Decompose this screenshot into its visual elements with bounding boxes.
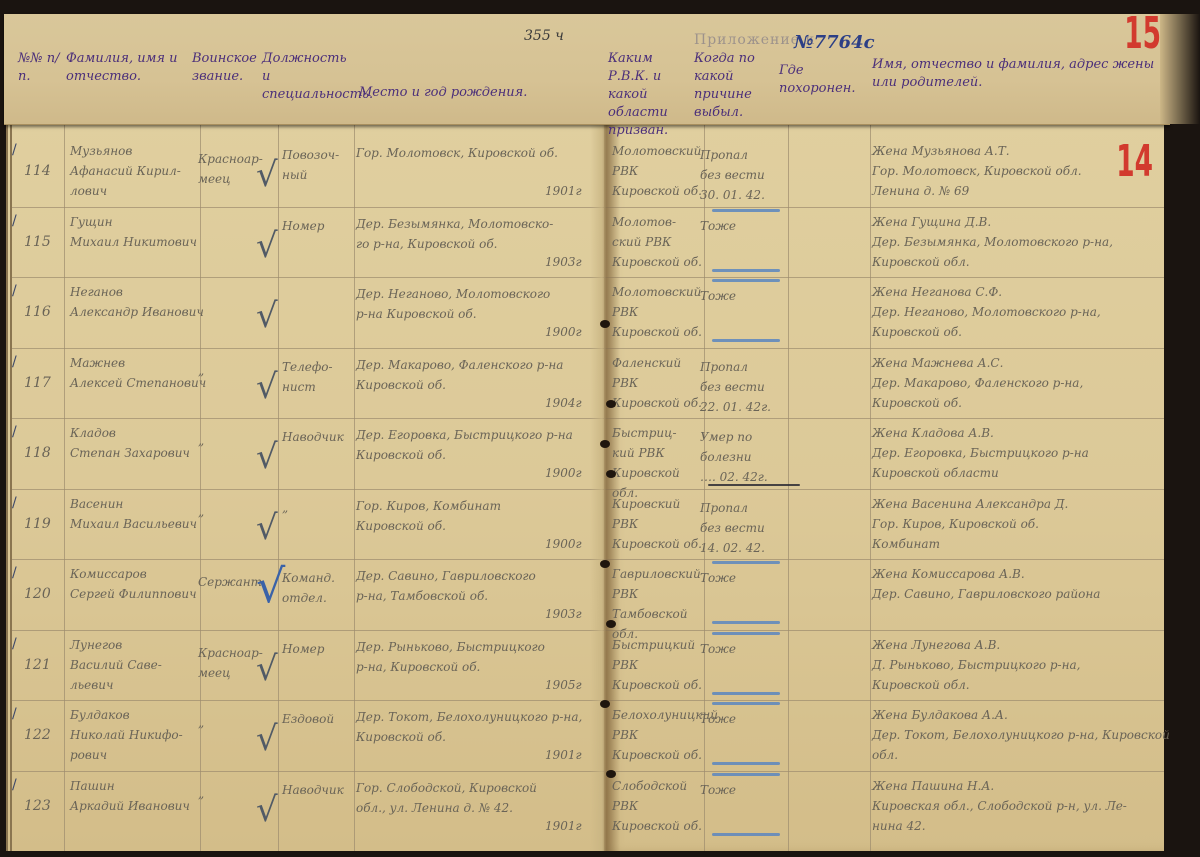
- row-divider: [12, 559, 604, 560]
- drafted-by: Слободской: [612, 775, 687, 797]
- checkmark-icon: √: [256, 370, 278, 404]
- row-number: 116: [24, 301, 51, 323]
- check-slash: /: [12, 142, 17, 158]
- position: Ездовой: [282, 708, 334, 730]
- birth-year: 1900г: [545, 537, 582, 551]
- check-slash: /: [12, 213, 17, 229]
- relatives: Жена Лунегова А.В.: [872, 634, 1000, 656]
- relatives: Кировской области: [872, 462, 999, 484]
- birth-year: 1904г: [545, 396, 582, 410]
- checkmark-icon: √: [256, 722, 278, 756]
- relatives: Дер. Безымянка, Молотовского р-на,: [872, 231, 1113, 253]
- blue-pencil-dash: [712, 833, 780, 836]
- relatives: Дер. Егоровка, Быстрицкого р-на: [872, 442, 1089, 464]
- when-cause: без вести: [700, 376, 765, 398]
- check-slash: /: [12, 283, 17, 299]
- soldier-name: Гущин: [70, 211, 113, 233]
- soldier-name: Аркадий Иванович: [70, 795, 190, 817]
- when-cause: Тоже: [700, 708, 736, 730]
- birthplace: обл., ул. Ленина д. № 42.: [356, 797, 513, 819]
- header-name: Фамилия, имя и отчество.: [66, 50, 196, 86]
- birthplace: Дер. Макарово, Фаленского р-на: [356, 354, 563, 376]
- header-position: Должность и специальность.: [262, 50, 352, 104]
- soldier-name: Мажнев: [70, 352, 125, 374]
- drafted-by: Молотов-: [612, 211, 676, 233]
- position: нист: [282, 376, 316, 398]
- birthplace: Кировской об.: [356, 515, 446, 537]
- checkmark-icon: √: [256, 158, 278, 192]
- soldier-name: лович: [70, 180, 107, 202]
- row-divider: [604, 771, 1164, 772]
- soldier-name: Кладов: [70, 422, 116, 444]
- relatives: Кировской обл.: [872, 251, 970, 273]
- when-cause: 22. 01. 42г.: [700, 396, 771, 418]
- birth-year: 1901г: [545, 819, 582, 833]
- sheet-number-page: 14: [1116, 136, 1153, 187]
- soldier-name: льевич: [70, 674, 113, 696]
- position: Команд.: [282, 567, 335, 589]
- military-rank: Красноар-: [198, 642, 263, 664]
- when-cause: Пропал: [700, 144, 748, 166]
- row-divider: [12, 700, 604, 701]
- position: Повозоч-: [282, 144, 339, 166]
- birthplace: Кировской об.: [356, 444, 446, 466]
- check-slash: /: [12, 424, 17, 440]
- relatives: Жена Пашина Н.А.: [872, 775, 994, 797]
- when-cause: без вести: [700, 517, 765, 539]
- soldier-name: Николай Никифо-: [70, 724, 183, 746]
- birth-year: 1900г: [545, 325, 582, 339]
- checkmark-icon: √: [256, 229, 278, 263]
- when-cause: болезни: [700, 446, 751, 468]
- blue-pencil-dash: [712, 209, 780, 212]
- binding-hole: [606, 470, 616, 478]
- birthplace: Дер. Савино, Гавриловского: [356, 565, 536, 587]
- drafted-by: РВК: [612, 301, 638, 323]
- row-divider: [604, 207, 1164, 208]
- blue-pencil-dash: [712, 692, 780, 695]
- birthplace: Гор. Киров, Комбинат: [356, 495, 501, 517]
- binding-hole: [600, 560, 610, 568]
- when-cause: Тоже: [700, 285, 736, 307]
- row-number: 118: [24, 442, 51, 464]
- soldier-name: Комиссаров: [70, 563, 147, 585]
- birthplace: Дер. Егоровка, Быстрицкого р-на: [356, 424, 573, 446]
- military-rank: „: [198, 430, 204, 452]
- drafted-by: Кировской об.: [612, 321, 702, 343]
- military-rank: меец: [198, 662, 231, 684]
- position: Номер: [282, 638, 324, 660]
- blue-pencil-dash: [712, 279, 780, 282]
- relatives: Кировской об.: [872, 321, 962, 343]
- blue-pencil-dash: [712, 762, 780, 765]
- relatives: Гор. Молотовск, Кировской обл.: [872, 160, 1082, 182]
- row-number: 123: [24, 795, 51, 817]
- birthplace: Кировской об.: [356, 726, 446, 748]
- header-drafted-by: Каким Р.В.К. и какой области призван.: [608, 50, 694, 140]
- blue-pencil-dash: [712, 339, 780, 342]
- row-divider: [12, 348, 604, 349]
- drafted-by: Фаленский: [612, 352, 681, 374]
- when-cause: 14. 02. 42.: [700, 537, 765, 559]
- drafted-by: Кировский: [612, 493, 680, 515]
- birth-year: 1903г: [545, 607, 582, 621]
- row-divider: [12, 771, 604, 772]
- binding-hole: [600, 700, 610, 708]
- soldier-name: Лунегов: [70, 634, 122, 656]
- blue-pencil-dash: [712, 269, 780, 272]
- relatives: Жена Мажнева А.С.: [872, 352, 1003, 374]
- relatives: Дер. Токот, Белохолуницкого р-на, Кировс…: [872, 724, 1170, 746]
- blue-pencil-dash: [712, 561, 780, 564]
- when-cause: без вести: [700, 164, 765, 186]
- check-slash: /: [12, 354, 17, 370]
- header-num: №№ п/п.: [18, 50, 68, 86]
- when-cause: 30. 01. 42.: [700, 184, 765, 206]
- soldier-name: Пашин: [70, 775, 115, 797]
- blue-pencil-dash: [712, 621, 780, 624]
- relatives: Кировской обл.: [872, 674, 970, 696]
- checkmark-icon: √: [256, 440, 278, 474]
- birthplace: Дер. Неганово, Молотовского: [356, 283, 550, 305]
- drafted-by: Кировской об.: [612, 744, 702, 766]
- soldier-name: Василий Саве-: [70, 654, 162, 676]
- drafted-by: кий РВК: [612, 442, 665, 464]
- header-buried: Где похоронен.: [779, 62, 849, 98]
- row-number: 115: [24, 231, 51, 253]
- military-rank: Сержант: [198, 571, 262, 593]
- position: ный: [282, 164, 307, 186]
- relatives: нина 42.: [872, 815, 926, 837]
- soldier-name: рович: [70, 744, 107, 766]
- birthplace: Гор. Слободской, Кировской: [356, 777, 537, 799]
- soldier-name: Михаил Никитович: [70, 231, 197, 253]
- relatives: Жена Васенина Александра Д.: [872, 493, 1068, 515]
- row-divider: [12, 277, 604, 278]
- row-divider: [12, 207, 604, 208]
- row-number: 117: [24, 372, 51, 394]
- drafted-by: Кировской об.: [612, 533, 702, 555]
- relatives: Жена Кладова А.В.: [872, 422, 994, 444]
- sheet-number-top: 15: [1124, 8, 1161, 59]
- when-cause: Пропал: [700, 497, 748, 519]
- binding-hole: [600, 440, 610, 448]
- relatives: Дер. Макарово, Фаленского р-на,: [872, 372, 1083, 394]
- when-cause: Умер по: [700, 426, 752, 448]
- military-rank: „: [198, 712, 204, 734]
- position: „: [282, 497, 288, 519]
- drafted-by: РВК: [612, 513, 638, 535]
- row-divider: [604, 559, 1164, 560]
- relatives: Дер. Неганово, Молотовского р-на,: [872, 301, 1101, 323]
- when-cause: Тоже: [700, 638, 736, 660]
- position: отдел.: [282, 587, 327, 609]
- position: Наводчик: [282, 426, 344, 448]
- row-divider: [604, 277, 1164, 278]
- row-divider: [604, 630, 1164, 631]
- column-header-strip: 355 ч Приложение к №7764с 15 №№ п/п. Фам…: [4, 14, 1170, 125]
- soldier-name: Булдаков: [70, 704, 130, 726]
- binding-hole: [600, 320, 610, 328]
- relatives: Жена Гущина Д.В.: [872, 211, 991, 233]
- relatives: Кировская обл., Слободской р-н, ул. Ле-: [872, 795, 1127, 817]
- birthplace: Дер. Токот, Белохолуницкого р-на,: [356, 706, 582, 728]
- row-divider: [604, 489, 1164, 490]
- when-cause: Тоже: [700, 215, 736, 237]
- soldier-name: Сергей Филиппович: [70, 583, 197, 605]
- soldier-name: Музьянов: [70, 140, 132, 162]
- birth-year: 1901г: [545, 184, 582, 198]
- position: Наводчик: [282, 779, 344, 801]
- drafted-by: Кировской об.: [612, 392, 702, 414]
- soldier-name: Михаил Васильевич: [70, 513, 197, 535]
- row-number: 122: [24, 724, 51, 746]
- birthplace: Дер. Безымянка, Молотовско-: [356, 213, 553, 235]
- drafted-by: Тамбовской: [612, 603, 687, 625]
- birth-year: 1901г: [545, 748, 582, 762]
- birthplace: р-на, Тамбовской об.: [356, 585, 488, 607]
- check-slash: /: [12, 706, 17, 722]
- row-number: 120: [24, 583, 51, 605]
- relatives: Жена Булдакова А.А.: [872, 704, 1008, 726]
- birthplace: Гор. Молотовск, Кировской об.: [356, 142, 558, 164]
- military-rank: меец: [198, 168, 231, 190]
- drafted-by: РВК: [612, 795, 638, 817]
- binding-hole: [606, 770, 616, 778]
- soldier-name: Васенин: [70, 493, 123, 515]
- military-rank: „: [198, 501, 204, 523]
- drafted-by: РВК: [612, 724, 638, 746]
- row-divider: [604, 418, 1164, 419]
- relatives: Ленина д. № 69: [872, 180, 969, 202]
- binding-hole: [606, 400, 616, 408]
- row-divider: [604, 348, 1164, 349]
- drafted-by: Молотовский: [612, 281, 701, 303]
- row-divider: [12, 489, 604, 490]
- relatives: Жена Комиссарова А.В.: [872, 563, 1025, 585]
- header-birth: Место и год рождения.: [359, 84, 589, 102]
- header-when-cause: Когда по какой причине выбыл.: [694, 50, 774, 122]
- drafted-by: Быстрицкий: [612, 634, 695, 656]
- row-number: 121: [24, 654, 51, 676]
- check-slash: /: [12, 565, 17, 581]
- soldier-name: Степан Захарович: [70, 442, 190, 464]
- checkmark-icon: √: [256, 793, 278, 827]
- drafted-by: Кировской: [612, 462, 680, 484]
- relatives: Жена Музьянова А.Т.: [872, 140, 1010, 162]
- drafted-by: РВК: [612, 160, 638, 182]
- row-divider: [12, 630, 604, 631]
- drafted-by: Кировской об.: [612, 251, 702, 273]
- checkmark-icon: √: [256, 652, 278, 686]
- drafted-by: Кировской об.: [612, 815, 702, 837]
- drafted-by: РВК: [612, 372, 638, 394]
- archive-code: 355 ч: [524, 28, 564, 44]
- birthplace: го р-на, Кировской об.: [356, 233, 497, 255]
- position: Телефо-: [282, 356, 333, 378]
- row-number: 119: [24, 513, 51, 535]
- birthplace: Кировской об.: [356, 374, 446, 396]
- relatives: Жена Неганова С.Ф.: [872, 281, 1002, 303]
- when-cause: Пропал: [700, 356, 748, 378]
- relatives: обл.: [872, 744, 898, 766]
- drafted-by: РВК: [612, 654, 638, 676]
- birth-year: 1905г: [545, 678, 582, 692]
- drafted-by: ский РВК: [612, 231, 671, 253]
- binding-hole: [606, 620, 616, 628]
- military-rank: „: [198, 783, 204, 805]
- soldier-name: Неганов: [70, 281, 123, 303]
- birth-year: 1900г: [545, 466, 582, 480]
- ink-underline: [708, 484, 800, 486]
- blue-pencil-dash: [712, 773, 780, 776]
- relatives: Комбинат: [872, 533, 940, 555]
- row-divider: [604, 700, 1164, 701]
- checkmark-icon: √: [256, 511, 278, 545]
- row-divider: [12, 418, 604, 419]
- check-slash: /: [12, 777, 17, 793]
- blue-pencil-dash: [712, 632, 780, 635]
- header-relatives: Имя, отчество и фамилия, адрес жены или …: [872, 56, 1162, 92]
- relatives: Д. Рыньково, Быстрицкого р-на,: [872, 654, 1080, 676]
- drafted-by: Молотовский: [612, 140, 701, 162]
- birthplace: р-на, Кировской об.: [356, 656, 480, 678]
- soldier-name: Александр Иванович: [70, 301, 204, 323]
- military-rank: Красноар-: [198, 148, 263, 170]
- when-cause: Тоже: [700, 779, 736, 801]
- stamp-number: №7764с: [794, 32, 875, 53]
- drafted-by: Кировской об.: [612, 180, 702, 202]
- torn-edge: [1160, 14, 1200, 124]
- drafted-by: Кировской об.: [612, 674, 702, 696]
- check-slash: /: [12, 636, 17, 652]
- soldier-name: Алексей Степанович: [70, 372, 206, 394]
- position: Номер: [282, 215, 324, 237]
- birthplace: р-на Кировской об.: [356, 303, 477, 325]
- drafted-by: Быстриц-: [612, 422, 677, 444]
- relatives: Кировской об.: [872, 392, 962, 414]
- drafted-by: РВК: [612, 583, 638, 605]
- soldier-name: Афанасий Кирил-: [70, 160, 181, 182]
- relatives: Дер. Савино, Гавриловского района: [872, 583, 1100, 605]
- checkmark-icon: √: [256, 299, 278, 333]
- header-rank: Воинское звание.: [192, 50, 262, 86]
- row-number: 114: [24, 160, 51, 182]
- blue-pencil-dash: [712, 702, 780, 705]
- when-cause: Тоже: [700, 567, 736, 589]
- relatives: Гор. Киров, Кировской об.: [872, 513, 1039, 535]
- check-slash: /: [12, 495, 17, 511]
- birthplace: Дер. Рыньково, Быстрицкого: [356, 636, 545, 658]
- checkmark-icon: √: [256, 569, 285, 603]
- drafted-by: Гавриловский: [612, 563, 701, 585]
- military-rank: „: [198, 360, 204, 382]
- birth-year: 1903г: [545, 255, 582, 269]
